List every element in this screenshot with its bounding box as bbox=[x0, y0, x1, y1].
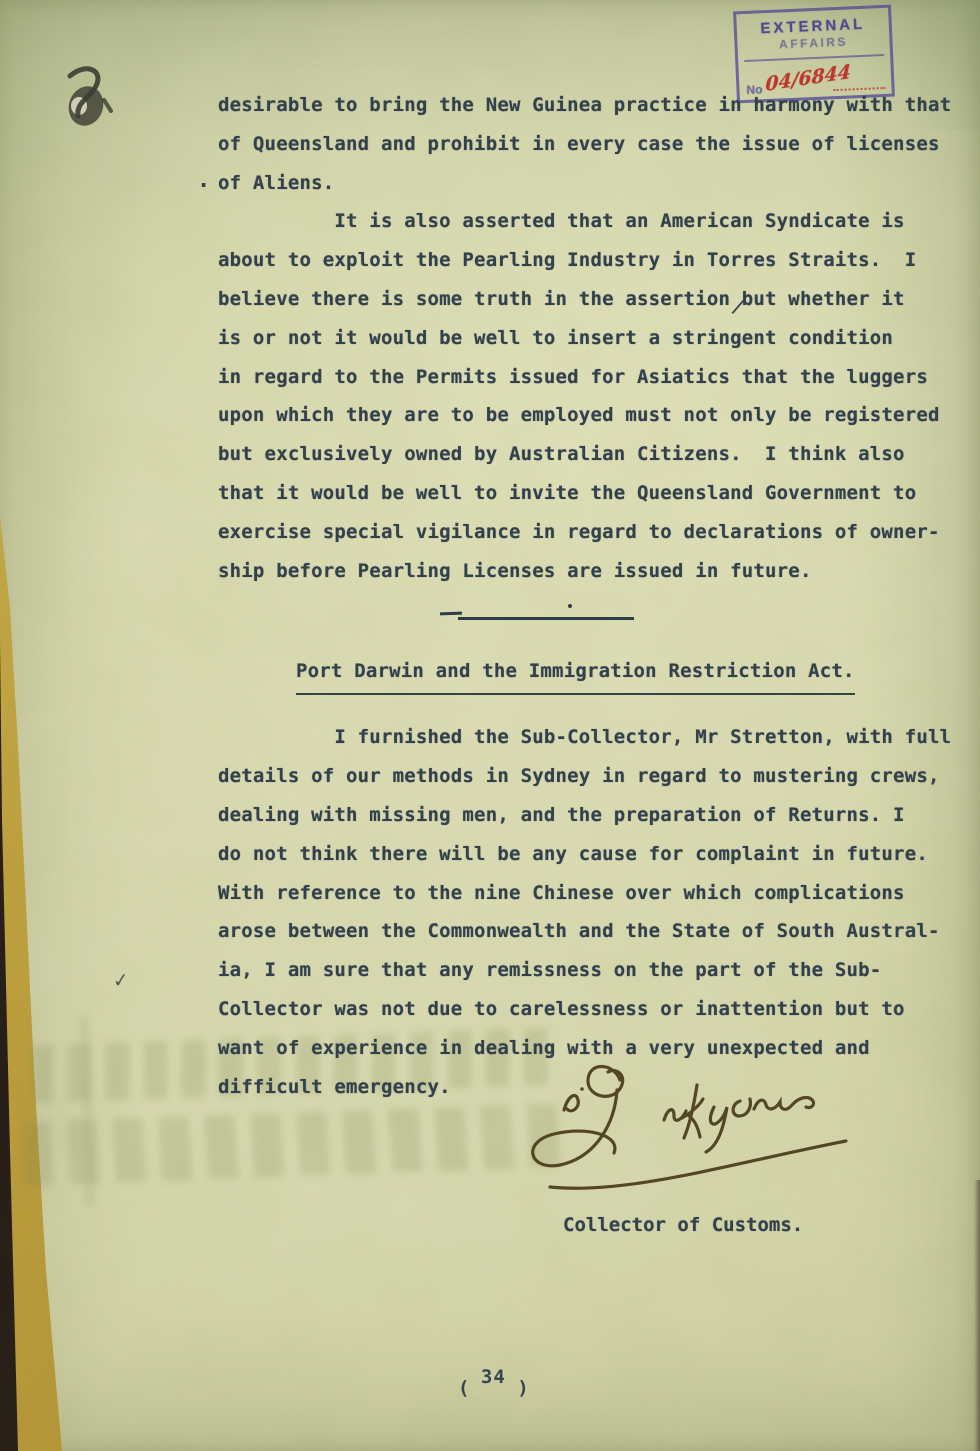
signature-title: Collector of Customs. bbox=[563, 1214, 803, 1236]
divider-dot bbox=[568, 604, 572, 608]
typed-line: of Aliens. bbox=[218, 164, 958, 203]
typed-line: about to exploit the Pearling Industry i… bbox=[218, 241, 958, 280]
typed-body: desirable to bring the New Guinea practi… bbox=[218, 86, 958, 1106]
typed-line: ship before Pearling Licenses are issued… bbox=[218, 552, 958, 591]
typed-line: ia, I am sure that any remissness on the… bbox=[218, 951, 958, 990]
typed-line: It is also asserted that an American Syn… bbox=[218, 202, 958, 241]
typed-line: arose between the Commonwealth and the S… bbox=[218, 912, 958, 951]
typed-line: desirable to bring the New Guinea practi… bbox=[218, 86, 958, 125]
typed-line: of Queensland and prohibit in every case… bbox=[218, 125, 958, 164]
section-divider bbox=[218, 590, 958, 636]
page-number-value: 34 bbox=[481, 1366, 506, 1388]
stamp-divider-line bbox=[744, 54, 884, 62]
typed-line: do not think there will be any cause for… bbox=[218, 835, 958, 874]
document-scan: EXTERNAL AFFAIRS No 04/6844 desirable to… bbox=[0, 0, 980, 1451]
paper-right-edge-shadow bbox=[974, 1180, 980, 1451]
page-number-open: ( bbox=[458, 1377, 469, 1399]
pencil-checkmark: ✓ bbox=[113, 967, 129, 993]
divider-dash bbox=[440, 612, 462, 616]
section-heading-row: Port Darwin and the Immigration Restrict… bbox=[218, 636, 958, 718]
typed-line: that it would be well to invite the Quee… bbox=[218, 474, 958, 513]
section-heading: Port Darwin and the Immigration Restrict… bbox=[296, 652, 855, 695]
stray-period-mark: . bbox=[197, 168, 210, 193]
corner-pen-mark bbox=[56, 62, 126, 144]
typed-line: upon which they are to be employed must … bbox=[218, 396, 958, 435]
handwritten-signature bbox=[468, 1056, 868, 1205]
typed-line: With reference to the nine Chinese over … bbox=[218, 874, 958, 913]
divider-rule bbox=[458, 617, 634, 620]
typed-line: details of our methods in Sydney in rega… bbox=[218, 757, 958, 796]
typed-line: exercise special vigilance in regard to … bbox=[218, 513, 958, 552]
page-number: ( 34 ) bbox=[458, 1368, 529, 1390]
typed-line: but exclusively owned by Australian Citi… bbox=[218, 435, 958, 474]
typed-line: in regard to the Permits issued for Asia… bbox=[218, 358, 958, 397]
typed-line: Collector was not due to carelessness or… bbox=[218, 990, 958, 1029]
typed-line: is or not it would be well to insert a s… bbox=[218, 319, 958, 358]
typed-line: believe there is some truth in the asser… bbox=[218, 280, 958, 319]
typed-line: dealing with missing men, and the prepar… bbox=[218, 796, 958, 835]
typed-line: I furnished the Sub-Collector, Mr Strett… bbox=[218, 718, 958, 757]
page-number-close: ) bbox=[517, 1377, 528, 1399]
